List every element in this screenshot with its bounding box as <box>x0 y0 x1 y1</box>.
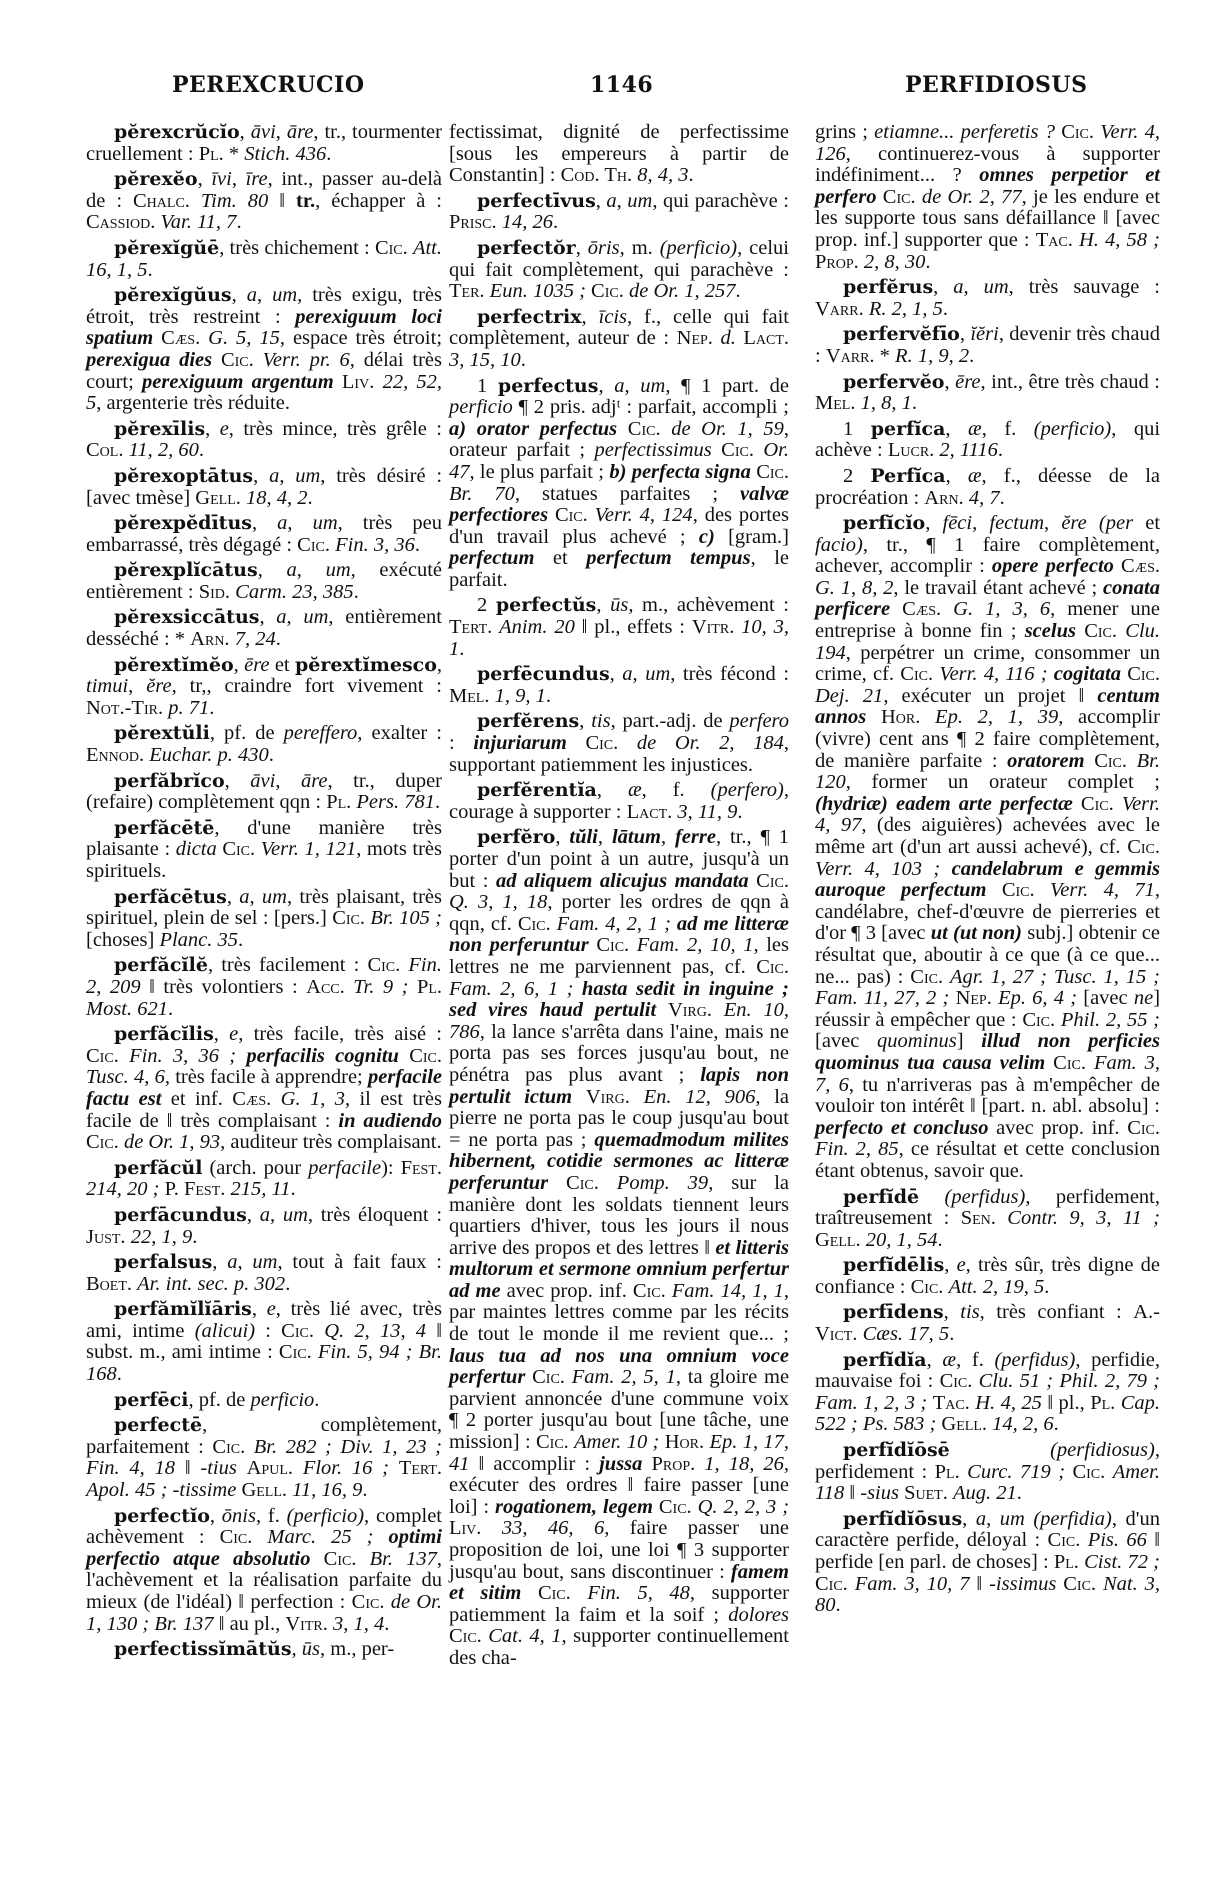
dictionary-entry: perfalsus, a, um, tout à fait faux : Boe… <box>86 1252 442 1295</box>
italic-text: (perficio) <box>660 237 737 259</box>
italic-text: de Or. 2, 77 <box>922 186 1022 208</box>
italic-text: a <box>622 663 632 685</box>
entry-continuation: fectissimat, dignité de perfectissime [s… <box>449 122 789 187</box>
headword: pĕrextŭli <box>114 722 210 744</box>
author-abbrev: Mel. <box>815 392 855 414</box>
headword: perfectus <box>498 375 599 397</box>
gloss-text: , <box>249 886 261 908</box>
headword: pĕrexĕo <box>114 168 198 190</box>
italic-text: 14, 26 <box>502 211 553 233</box>
author-abbrev: Vitr. <box>285 1613 327 1635</box>
gloss-text: , tu n'arriveras pas à m'empêcher de vou… <box>815 1074 1160 1118</box>
author-abbrev: Cic. <box>221 349 254 371</box>
author-abbrev: Suet. <box>904 1482 948 1504</box>
italic-text: timui <box>86 675 128 697</box>
author-abbrev: Pl. <box>1054 1551 1079 1573</box>
italic-text: um <box>984 276 1009 298</box>
author-abbrev: Cassiod. <box>86 211 155 233</box>
dictionary-column-1: pĕrexcrŭcĭo, āvi, āre, tr., tourmenter c… <box>86 122 442 1665</box>
gloss-text: . <box>735 280 740 302</box>
headword: perfĕro <box>477 826 555 848</box>
gloss-text <box>599 1172 617 1194</box>
author-abbrev: Nep. <box>677 327 713 349</box>
author-abbrev: Cic. <box>1048 1529 1081 1551</box>
italic-text: ōris <box>588 237 620 259</box>
latin-citation: rogationem, legem <box>495 1496 653 1518</box>
italic-text: dolores <box>728 1604 789 1626</box>
gloss-text: et <box>270 654 295 676</box>
running-head: PEREXCRUCIO 1146 PERFIDIOSUS <box>0 72 1213 112</box>
italic-text: 1, 8, 1 <box>861 392 912 414</box>
italic-text: Euchar. p. 430 <box>149 744 269 766</box>
gloss-text: . <box>314 1389 319 1411</box>
author-abbrev: Hor. <box>665 1431 704 1453</box>
italic-text: G. 1, 8, 2 <box>815 577 893 599</box>
italic-text: Fin. 5, 48 <box>587 1582 690 1604</box>
latin-citation: (hydriæ) eadem arte perfectæ <box>815 793 1073 815</box>
author-abbrev: Cic. <box>332 907 365 929</box>
author-abbrev: Prop. <box>651 1453 695 1475</box>
italic-text: (perficio) <box>287 1505 364 1527</box>
latin-citation: scelus <box>1025 620 1076 642</box>
headword: perfēci <box>114 1389 188 1411</box>
italic-text: a <box>247 284 257 306</box>
gloss-text: et <box>534 547 586 569</box>
italic-text: G. 1, 3 <box>281 1088 345 1110</box>
gloss-text: , le travail étant achevé ; <box>893 577 1103 599</box>
headword: perfăcŭl <box>114 1157 202 1179</box>
italic-text: æ <box>942 1349 956 1371</box>
gloss-text: , <box>257 284 272 306</box>
gloss-text: , <box>661 826 675 848</box>
author-abbrev: Prisc. <box>449 211 497 233</box>
author-abbrev: Virg. <box>586 1086 630 1108</box>
gloss-text <box>1080 1529 1087 1551</box>
author-abbrev: Cæs. <box>1121 555 1160 577</box>
italic-text: quominus <box>877 1030 957 1052</box>
gloss-text: . <box>553 211 558 233</box>
gloss-text: , <box>214 1023 229 1045</box>
italic-text: etiamne... perferetis ? <box>874 121 1055 143</box>
author-abbrev: Hor. <box>881 706 920 728</box>
italic-text: Pomp. 39 <box>617 1172 708 1194</box>
gloss-text: . <box>459 638 464 660</box>
gloss-text: , <box>287 606 304 628</box>
running-head-last-word: PERFIDIOSUS <box>905 72 1088 98</box>
dictionary-entry: perfectīvus, a, um, qui parachève : Pris… <box>449 191 789 234</box>
headword: perfăcētē <box>114 817 214 839</box>
dictionary-entry: perfervĕfīo, ĭĕri, devenir très chaud : … <box>815 324 1160 367</box>
latin-citation: perexigua dies <box>86 349 212 371</box>
author-abbrev: Cic. <box>1127 663 1160 685</box>
dictionary-entry: perfervĕo, ēre, int., être très chaud : … <box>815 372 1160 415</box>
italic-text: 1, 18, 26 <box>704 1453 784 1475</box>
gloss-text: , <box>944 1254 956 1276</box>
gloss-text: ] <box>957 1030 981 1052</box>
italic-text: Q. 3, 1, 18 <box>449 891 547 913</box>
gloss-text: , <box>986 1508 1000 1530</box>
gloss-text <box>661 418 672 440</box>
dictionary-entry: pĕrexīlis, e, très mince, très grêle : C… <box>86 419 442 462</box>
gloss-text: . <box>1054 1413 1059 1435</box>
gloss-text <box>521 1582 538 1604</box>
gloss-text: . <box>689 164 694 186</box>
italic-text: Cist. 72 ; <box>1084 1551 1160 1573</box>
gloss-text: ‖ accomplir : <box>470 1453 600 1475</box>
gloss-text <box>254 349 263 371</box>
author-abbrev: Tac. <box>933 1392 970 1414</box>
gloss-text: . <box>737 801 742 823</box>
latin-citation: c) <box>699 526 715 548</box>
latin-citation: ad aliquem alicujus mandata <box>496 870 749 892</box>
italic-text: 2, 8, 30 <box>864 251 926 273</box>
author-abbrev: Cic. <box>900 663 933 685</box>
gloss-text: , <box>944 371 955 393</box>
latin-citation: perfectum <box>449 547 534 569</box>
author-abbrev: Gell. <box>195 487 241 509</box>
italic-text: H. 4, 25 <box>975 1392 1042 1414</box>
gloss-text: . <box>998 439 1003 461</box>
headword: perfĭdē <box>843 1186 919 1208</box>
latin-citation: opere perfecto <box>992 555 1114 577</box>
italic-text: (perfidiosus) <box>1050 1439 1155 1461</box>
italic-text: 11, 16, 9 <box>292 1479 362 1501</box>
author-abbrev: Ennod. <box>86 744 144 766</box>
italic-text: Most. 621 <box>86 998 168 1020</box>
gloss-text: . <box>435 791 440 813</box>
italic-text: -tius <box>200 1457 236 1479</box>
headword: pĕrexīlis <box>114 418 205 440</box>
author-abbrev: Cic. <box>633 1280 666 1302</box>
author-abbrev: Gell. <box>241 1479 287 1501</box>
gloss-text: . <box>1017 1482 1022 1504</box>
gloss-text: avec prop. inf. <box>501 1280 633 1302</box>
gloss-text: , exalter : <box>357 722 442 744</box>
italic-text: Br. 70 <box>449 483 515 505</box>
italic-text: Fin. 3, 36 ; <box>129 1045 246 1067</box>
dictionary-entry: perfācundus, a, um, très éloquent : Just… <box>86 1205 442 1248</box>
gloss-text: , tr,, craindre fort vivement : <box>172 675 442 697</box>
author-abbrev: Not.-Tir. <box>86 697 163 719</box>
gloss-text: . <box>949 1323 954 1345</box>
headword: perfĭcĭo <box>843 512 925 534</box>
italic-text: Curc. 719 ; <box>967 1461 1065 1483</box>
italic-text: a <box>614 375 624 397</box>
author-abbrev: Cic. <box>538 1582 571 1604</box>
author-abbrev: Arn. <box>924 487 963 509</box>
gloss-text <box>565 1366 572 1388</box>
gloss-text: , très éloquent : <box>308 1204 442 1226</box>
italic-text: æ <box>628 779 642 801</box>
gloss-text: , (des aiguières) achevées avec le même … <box>815 814 1160 858</box>
gloss-text: . <box>148 259 153 281</box>
gloss-text: , tout à fait faux : <box>277 1251 442 1273</box>
running-head-first-word: PEREXCRUCIO <box>172 72 365 98</box>
headword: perfācundus <box>114 1204 247 1226</box>
italic-text: de Or. 2, 184 <box>637 732 784 754</box>
gloss-text: . <box>326 143 331 165</box>
italic-text: 20, 1, 54 <box>866 1229 938 1251</box>
latin-citation: ferre <box>675 826 716 848</box>
gloss-text: ‖ <box>175 1457 200 1479</box>
author-abbrev: Cic. <box>367 954 400 976</box>
italic-text: tis <box>591 710 610 732</box>
author-abbrev: Chalc. <box>133 190 190 212</box>
author-abbrev: Cic. <box>756 956 789 978</box>
headword: perfĕrus <box>843 276 933 298</box>
gloss-text: et <box>1133 512 1160 534</box>
gloss-text: . <box>969 345 974 367</box>
latin-citation: perfecto et concluso <box>815 1117 989 1139</box>
author-abbrev: Cic. <box>1127 1117 1160 1139</box>
gloss-text: , <box>596 190 607 212</box>
author-abbrev: Pl. <box>1090 1392 1115 1414</box>
gloss-text <box>695 1453 704 1475</box>
gloss-text: , f. <box>982 418 1034 440</box>
author-abbrev: Pl. <box>326 791 351 813</box>
gloss-text: . <box>276 628 281 650</box>
italic-text: R. 2, 1, 5 <box>869 298 943 320</box>
gloss-text: , espace très étroit; <box>280 327 442 349</box>
author-abbrev: Cic. <box>659 1496 692 1518</box>
entry-continuation: grins ; etiamne... perferetis ? Cic. Ver… <box>815 122 1160 273</box>
gloss-text <box>617 418 628 440</box>
italic-text: d. <box>720 327 735 349</box>
gloss-text: , <box>252 1298 267 1320</box>
dictionary-entry: perfĕrentĭa, æ, f. (perfero), courage à … <box>449 780 789 823</box>
gloss-text: , statues parfaites ; <box>515 483 740 505</box>
gloss-text: . <box>209 697 214 719</box>
gloss-text: , <box>232 168 246 190</box>
italic-text: 11, 2, 60 <box>129 439 199 461</box>
gloss-text <box>1035 879 1050 901</box>
italic-text: Pers. 781 <box>356 791 435 813</box>
italic-text: 33, 46, 6 <box>502 1517 604 1539</box>
italic-text: Marc. 25 ; <box>267 1526 388 1548</box>
author-abbrev: Prop. <box>815 251 859 273</box>
gloss-text: , <box>598 375 614 397</box>
italic-text: 1, 9, 1 <box>495 685 546 707</box>
italic-text: fēci <box>943 512 973 534</box>
author-abbrev: Boet. <box>86 1273 132 1295</box>
gloss-text: , <box>555 826 569 848</box>
headword: perfectŏr <box>477 237 576 259</box>
gloss-text: 1 <box>477 375 498 397</box>
headword: perfectīvus <box>477 190 596 212</box>
italic-text: Fin. 2, 85 <box>815 1138 899 1160</box>
gloss-text: et inf. <box>161 1088 232 1110</box>
author-abbrev: Nep. <box>956 987 992 1009</box>
dictionary-entry: perfectĭo, ōnis, f. (perficio), complet … <box>86 1506 442 1636</box>
italic-text: de Or. 1, 59 <box>671 418 784 440</box>
italic-text: Verr. 4, 124 <box>595 504 693 526</box>
italic-text: a <box>276 606 286 628</box>
italic-text: Cæs. 17, 5 <box>863 1323 950 1345</box>
author-abbrev: Cic. <box>1094 750 1127 772</box>
gloss-text: 2 <box>477 594 496 616</box>
italic-text: um <box>645 663 670 685</box>
dictionary-entry: perfīdens, tis, très confiant : A.-Vict.… <box>815 1302 1160 1345</box>
italic-text: Verr. pr. 6 <box>263 349 350 371</box>
author-abbrev: Cic. <box>756 870 789 892</box>
italic-text: perfacile <box>308 1157 381 1179</box>
gloss-text <box>293 1457 303 1479</box>
gloss-text: * <box>875 345 896 367</box>
gloss-text: , <box>964 276 984 298</box>
dictionary-entry: pĕrexplĭcātus, a, um, exécuté entièremen… <box>86 560 442 603</box>
author-abbrev: Pl. <box>935 1461 960 1483</box>
gloss-text: ‖ <box>969 1573 989 1595</box>
author-abbrev: Arn. <box>190 628 229 650</box>
italic-text: -sius <box>860 1482 899 1504</box>
italic-text: um <box>262 886 287 908</box>
dictionary-entry: perfăcĭlĕ, très facilement : Cic. Fin. 2… <box>86 955 442 1020</box>
gloss-text: . <box>291 1178 296 1200</box>
italic-text: de Or. 1, 257 <box>629 280 735 302</box>
italic-text: Tr. 9 ; <box>353 976 408 998</box>
author-abbrev: Cic. <box>911 1276 944 1298</box>
gloss-text: : <box>255 1320 281 1342</box>
gloss-text: , <box>927 1349 943 1371</box>
gloss-text: , <box>292 1638 302 1660</box>
italic-text: ōnis <box>222 1505 256 1527</box>
gloss-text <box>1096 1573 1103 1595</box>
gloss-text <box>848 1573 855 1595</box>
italic-text: a <box>227 1251 237 1273</box>
latin-citation: oratorem <box>1007 750 1084 772</box>
headword: perfăcĭlĕ <box>114 954 208 976</box>
author-abbrev: Cic. <box>281 1320 314 1342</box>
italic-text: pereffero <box>284 722 358 744</box>
gloss-text: , qui parachève : <box>652 190 789 212</box>
gloss-text: , <box>275 770 301 792</box>
gloss-text: , exécuter un projet ‖ <box>883 685 1097 707</box>
dictionary-entry: pĕrexĭgŭē, très chichement : Cic. Att. 1… <box>86 238 442 281</box>
headword: pĕrexoptātus <box>114 465 253 487</box>
dictionary-entry: 2 Perfĭca, æ, f., déesse de la procréati… <box>815 466 1160 509</box>
italic-text: ēre <box>244 654 269 676</box>
gloss-text <box>271 1088 280 1110</box>
italic-text: 215, 11 <box>231 1178 291 1200</box>
dictionary-entry: pĕrextĭmĕo, ēre et pĕrextĭmesco, timui, … <box>86 655 442 720</box>
italic-text: æ <box>968 418 982 440</box>
dictionary-entry: perfăcĭlis, e, très facile, très aisé : … <box>86 1024 442 1154</box>
latin-citation: perfacilis cognitu <box>246 1045 399 1067</box>
author-abbrev: Cæs. <box>161 327 200 349</box>
gloss-text: avec prop. inf. <box>989 1117 1128 1139</box>
latin-citation: jussa <box>599 1453 642 1475</box>
italic-text: Fam. 4, 2, 1 ; <box>557 913 677 935</box>
author-abbrev: Cic. <box>409 1045 442 1067</box>
author-abbrev: Cic. <box>1002 879 1035 901</box>
author-abbrev: Cic. <box>1084 620 1117 642</box>
gloss-text <box>408 976 417 998</box>
latin-citation: perfectum tempus <box>586 547 750 569</box>
italic-text: um <box>272 284 297 306</box>
gloss-text: : <box>449 732 473 754</box>
author-abbrev: Cic. <box>815 1573 848 1595</box>
dictionary-column-3: grins ; etiamne... perferetis ? Cic. Ver… <box>815 122 1160 1621</box>
dictionary-entry: pĕrexoptātus, a, um, très désiré : [avec… <box>86 466 442 509</box>
dictionary-entry: pĕrexĕo, īvi, īre, int., passer au-delà … <box>86 169 442 234</box>
latin-citation: in audiendo <box>338 1110 442 1132</box>
gloss-text: , <box>237 1251 252 1273</box>
gloss-text: , argenterie très réduite. <box>96 392 290 414</box>
gloss-text: , très facilement : <box>208 954 367 976</box>
dictionary-entry: perfĭcĭo, fēci, fectum, ĕre (per et faci… <box>815 513 1160 1182</box>
gloss-text <box>567 732 586 754</box>
dictionary-entry: perfectŏr, ōris, m. (perficio), celui qu… <box>449 238 789 303</box>
gloss-text: . <box>415 534 420 556</box>
headword: perfectŭs <box>496 594 597 616</box>
author-abbrev: Cic. <box>212 1436 245 1458</box>
gloss-text: , auditeur très complaisant. <box>220 1131 441 1153</box>
italic-text: āvi <box>251 121 276 143</box>
italic-text: a <box>287 559 297 581</box>
gloss-text: , <box>610 663 623 685</box>
italic-text: Apol. 45 ; -tissime <box>86 1479 236 1501</box>
italic-text: perfero <box>729 710 789 732</box>
gloss-text: , <box>946 465 968 487</box>
gloss-text <box>941 598 953 620</box>
gloss-text <box>399 1045 409 1067</box>
headword: perfĭdĭōsus <box>843 1508 962 1530</box>
page-number: 1146 <box>590 72 653 98</box>
author-abbrev: Cic. <box>628 418 661 440</box>
author-abbrev: Cic. <box>1053 1052 1086 1074</box>
gloss-text: , <box>240 121 251 143</box>
gloss-text: . <box>285 1273 290 1295</box>
author-abbrev: Vitr. <box>692 616 734 638</box>
gloss-text <box>252 1526 267 1548</box>
gloss-text <box>237 1457 247 1479</box>
gloss-text <box>212 349 221 371</box>
gloss-text: , très mince, très grêle : <box>229 418 442 440</box>
italic-text: Amer. 10 ; <box>574 1431 659 1453</box>
italic-text: p. 71 <box>168 697 209 719</box>
dictionary-entry: perfēcundus, a, um, très fécond : Mel. 1… <box>449 664 789 707</box>
gloss-text <box>950 1439 1050 1461</box>
italic-text: e <box>229 1023 238 1045</box>
italic-text: fectum <box>989 512 1044 534</box>
headword: pĕrextĭmesco <box>295 654 437 676</box>
gloss-text: [gram.] <box>715 526 789 548</box>
dictionary-entry: perfăbrĭco, āvi, āre, tr., duper (refair… <box>86 771 442 814</box>
headword: pĕrexplĭcātus <box>114 559 258 581</box>
author-abbrev: Cod. Th. <box>561 164 633 186</box>
author-abbrev: Cic. <box>940 1370 973 1392</box>
gloss-text: ‖ au pl., <box>214 1613 286 1635</box>
gloss-text <box>119 1045 129 1067</box>
author-abbrev: Tert. <box>449 616 492 638</box>
gloss-text: . <box>546 685 551 707</box>
author-abbrev: Cic. <box>518 913 551 935</box>
italic-text: um <box>252 1251 277 1273</box>
italic-text: a <box>277 512 287 534</box>
author-abbrev: Cic. <box>86 1131 119 1153</box>
gloss-text: , le plus parfait ; <box>470 461 610 483</box>
gloss-text: , <box>297 559 326 581</box>
author-abbrev: Cic. <box>324 1548 357 1570</box>
gloss-text: , <box>617 190 628 212</box>
italic-text: Cat. 4, 1 <box>488 1625 561 1647</box>
author-abbrev: Cic. <box>220 1526 253 1548</box>
gloss-text <box>1105 1461 1112 1483</box>
italic-text: Dej. 21 <box>815 685 883 707</box>
italic-text: īcis <box>599 306 627 328</box>
gloss-text: , pf. de <box>210 722 284 744</box>
gloss-text <box>656 999 668 1021</box>
